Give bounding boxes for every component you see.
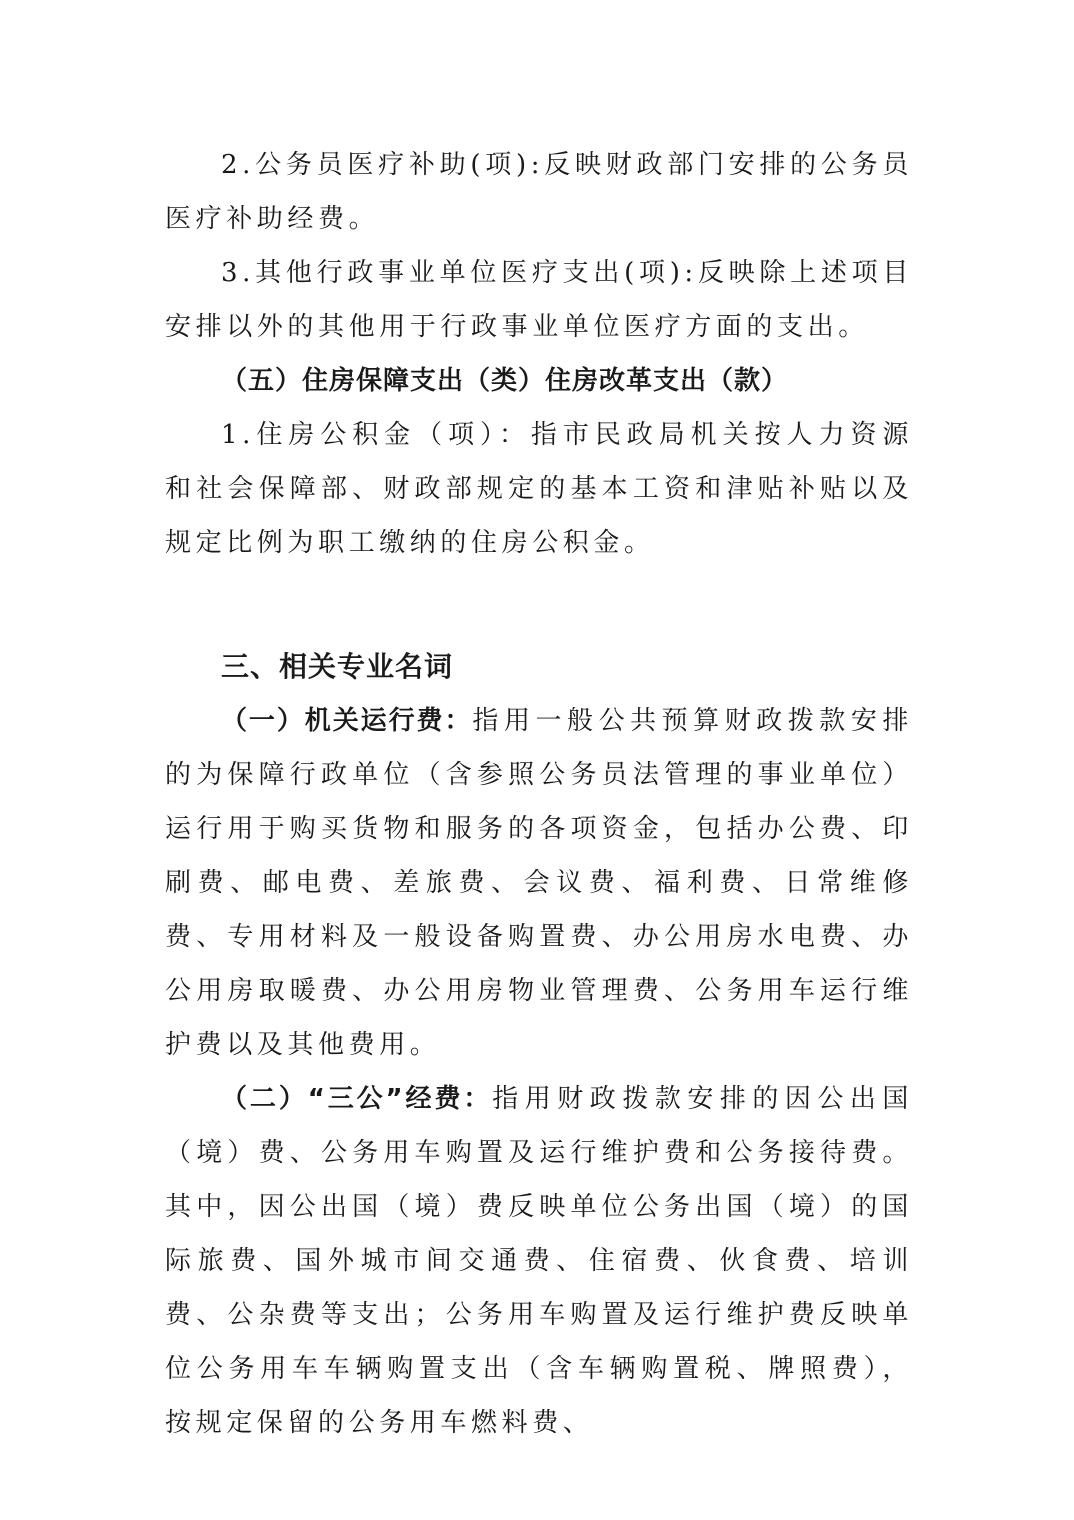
section-heading-terms: 三、相关专业名词: [165, 640, 913, 694]
term-label-operating-costs: （一）机关运行费：: [221, 706, 472, 736]
term-definition-three-public-expenses: 指用财政拨款安排的因公出国（境）费、公务用车购置及运行维护费和公务接待费。其中，…: [165, 1084, 913, 1438]
paragraph-housing-provident-fund: 1.住房公积金（项）：指市民政局机关按人力资源和社会保障部、财政部规定的基本工资…: [165, 408, 913, 570]
paragraph-civil-servant-medical-subsidy: 2.公务员医疗补助(项):反映财政部门安排的公务员医疗补助经费。: [165, 138, 913, 246]
paragraph-other-medical-expenditure: 3.其他行政事业单位医疗支出(项):反映除上述项目安排以外的其他用于行政事业单位…: [165, 246, 913, 354]
term-definition-operating-costs: 指用一般公共预算财政拨款安排的为保障行政单位（含参照公务员法管理的事业单位）运行…: [165, 706, 913, 1060]
paragraph-operating-costs: （一）机关运行费：指用一般公共预算财政拨款安排的为保障行政单位（含参照公务员法管…: [165, 694, 913, 1072]
document-page: 2.公务员医疗补助(项):反映财政部门安排的公务员医疗补助经费。 3.其他行政事…: [165, 138, 913, 1450]
subheading-housing-security: （五）住房保障支出（类）住房改革支出（款）: [165, 354, 913, 408]
term-label-three-public-expenses: （二）“三公”经费：: [221, 1084, 492, 1114]
paragraph-three-public-expenses: （二）“三公”经费：指用财政拨款安排的因公出国（境）费、公务用车购置及运行维护费…: [165, 1072, 913, 1450]
